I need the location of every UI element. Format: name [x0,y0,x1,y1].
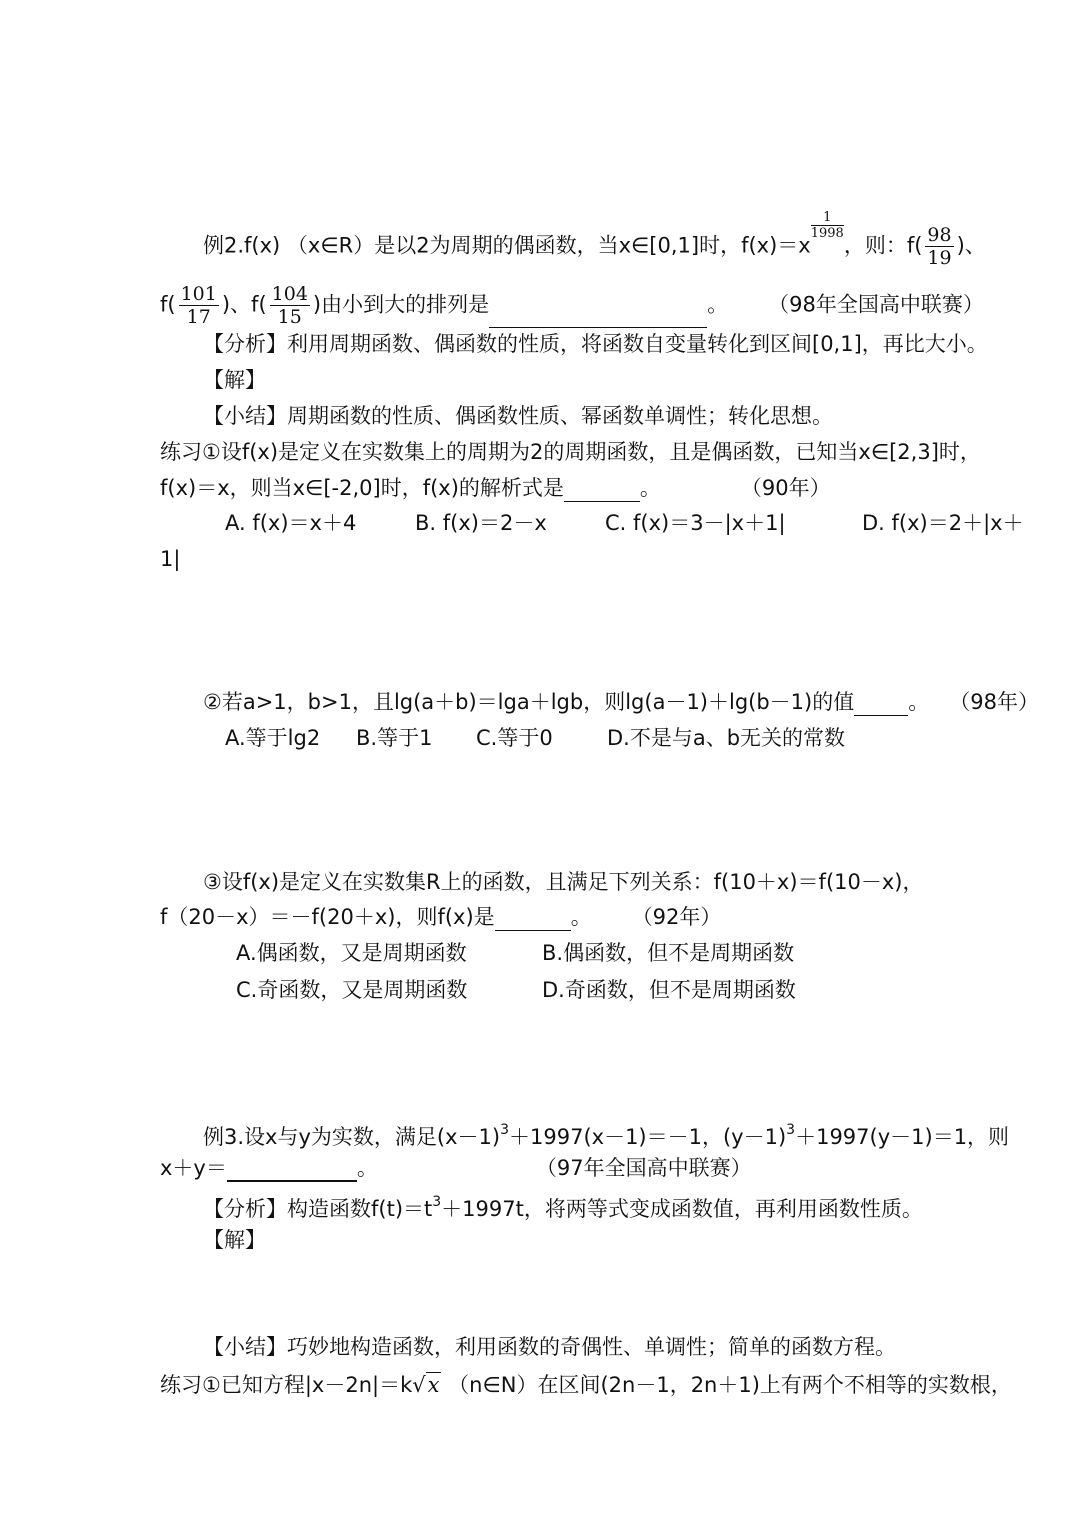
example2-line1: 例2.f(x) （x∈R）是以2为周期的偶函数，当x∈[0,1]时，f(x)＝x… [203,224,986,269]
example3-text: 。 [357,1156,378,1180]
exercise3-option-a: A.偶函数，又是周期函数 [236,939,467,967]
frac-num: 101 [179,283,219,306]
example2-text: )、 [957,234,986,258]
example2-text: f( [160,293,176,317]
example3-text: 例3.设x与y为实数，满足(x－1) [203,1125,500,1149]
exercise3-option-c: C.奇函数，又是周期函数 [236,976,467,1004]
answer-blank[interactable] [227,1158,357,1182]
frac-num: 98 [925,224,953,247]
exercise3-option-b: B.偶函数，但不是周期函数 [542,939,794,967]
exercise4-text: （n∈N）在区间(2n－1，2n＋1)上有两个不相等的实数根， [441,1373,1011,1397]
example2-text: ，则：f( [844,234,923,258]
exercise2-line1: ②若a>1，b>1，且lg(a＋b)＝lga＋lgb，则lg(a－1)＋lg(b… [203,688,1039,716]
example3-solution: 【解】 [203,1226,266,1254]
exercise2-option-b: B.等于1 [356,724,432,752]
example3-analysis: 【分析】构造函数f(t)＝t3＋1997t，将两等式变成函数值，再利用函数性质。 [203,1190,923,1223]
fraction-101-17: 10117 [179,283,219,328]
example3-text: ＋1997(x－1)＝－1，(y－1) [509,1125,786,1149]
fraction-104-15: 10415 [270,283,310,328]
exercise3-line1: ③设f(x)是定义在实数集R上的函数，且满足下列关系：f(10＋x)＝f(10－… [203,868,923,896]
example2-solution: 【解】 [203,366,266,394]
exercise2-text: ②若a>1，b>1，且lg(a＋b)＝lga＋lgb，则lg(a－1)＋lg(b… [203,690,854,714]
exercise3-text: 。 [571,905,592,929]
frac-den: 15 [270,306,310,328]
exercise1-text: 。 [640,476,661,500]
frac-den: 17 [179,306,219,328]
exercise1-option-c: C. f(x)＝3－|x＋1| [605,509,786,537]
exercise1-option-a: A. f(x)＝x＋4 [225,509,356,537]
exercise3-line2: f（20－x）＝－f(20＋x)，则f(x)是。（92年） [160,903,721,931]
answer-blank[interactable] [489,305,707,328]
exercise4-line: 练习①已知方程|x－2n|＝k√x （n∈N）在区间(2n－1，2n＋1)上有两… [160,1371,1012,1399]
exercise1-line2: f(x)＝x，则当x∈[-2,0]时，f(x)的解析式是。（90年） [160,474,831,502]
superscript: 3 [786,1122,795,1138]
source-label: （98年） [949,690,1039,714]
answer-blank[interactable] [854,693,908,716]
source-label: （92年） [632,905,722,929]
sqrt-arg: x [426,1372,442,1397]
source-label: （90年） [741,476,831,500]
example3-text: ＋1997t，将两等式变成函数值，再利用函数性质。 [441,1197,923,1221]
frac-den: 19 [925,247,953,269]
example2-summary: 【小结】周期函数的性质、偶函数性质、幂函数单调性；转化思想。 [203,402,833,430]
example3-text: ＋1997(y－1)＝1，则 [795,1125,1009,1149]
exercise1-text: f(x)＝x，则当x∈[-2,0]时，f(x)的解析式是 [160,476,564,500]
exercise3-option-d: D.奇函数，但不是周期函数 [542,976,796,1004]
exercise2-text: 。 [908,690,929,714]
exp-den: 1998 [811,226,844,241]
superscript: 3 [500,1122,509,1138]
exercise3-text: f（20－x）＝－f(20＋x)，则f(x)是 [160,905,495,929]
example2-text: )由小到大的排列是 [313,293,489,317]
exercise1-option-d: D. f(x)＝2＋|x＋ [862,509,1024,537]
exercise2-option-c: C.等于0 [476,724,553,752]
example2-line2: f(10117)、f(10415)由小到大的排列是。（98年全国高中联赛） [160,283,984,328]
exp-num: 1 [811,210,844,226]
answer-blank[interactable] [495,908,571,931]
frac-num: 104 [270,283,310,306]
exercise2-option-d: D.不是与a、b无关的常数 [607,724,845,752]
example2-analysis: 【分析】利用周期函数、偶函数的性质，将函数自变量转化到区间[0,1]，再比大小。 [203,330,988,358]
fraction-98-19: 9819 [925,224,953,269]
example3-text: 【分析】构造函数f(t)＝t [203,1197,432,1221]
example3-line2: x＋y＝。（97年全国高中联赛） [160,1154,752,1182]
source-label: （97年全国高中联赛） [536,1156,752,1180]
example3-line1: 例3.设x与y为实数，满足(x－1)3＋1997(x－1)＝－1，(y－1)3＋… [203,1118,1009,1151]
example2-text: 。 [707,293,728,317]
example2-text: )、f( [222,293,267,317]
sqrt-expression: √x [412,1372,441,1397]
example3-text: x＋y＝ [160,1156,227,1180]
exercise1-option-b: B. f(x)＝2－x [415,509,547,537]
exercise4-text: 练习①已知方程|x－2n|＝k [160,1373,412,1397]
exponent-fraction: 11998 [811,210,844,241]
answer-blank[interactable] [564,479,640,502]
exercise1-line1: 练习①设f(x)是定义在实数集上的周期为2的周期函数，且是偶函数，已知当x∈[2… [160,438,981,466]
exercise2-option-a: A.等于lg2 [225,724,320,752]
exercise1-option-d-wrap: 1| [160,545,180,573]
source-label: （98年全国高中联赛） [768,293,984,317]
superscript: 3 [432,1194,441,1210]
example3-summary: 【小结】巧妙地构造函数，利用函数的奇偶性、单调性；简单的函数方程。 [203,1333,896,1361]
example2-text: 例2.f(x) （x∈R）是以2为周期的偶函数，当x∈[0,1]时，f(x)＝x [203,234,811,258]
